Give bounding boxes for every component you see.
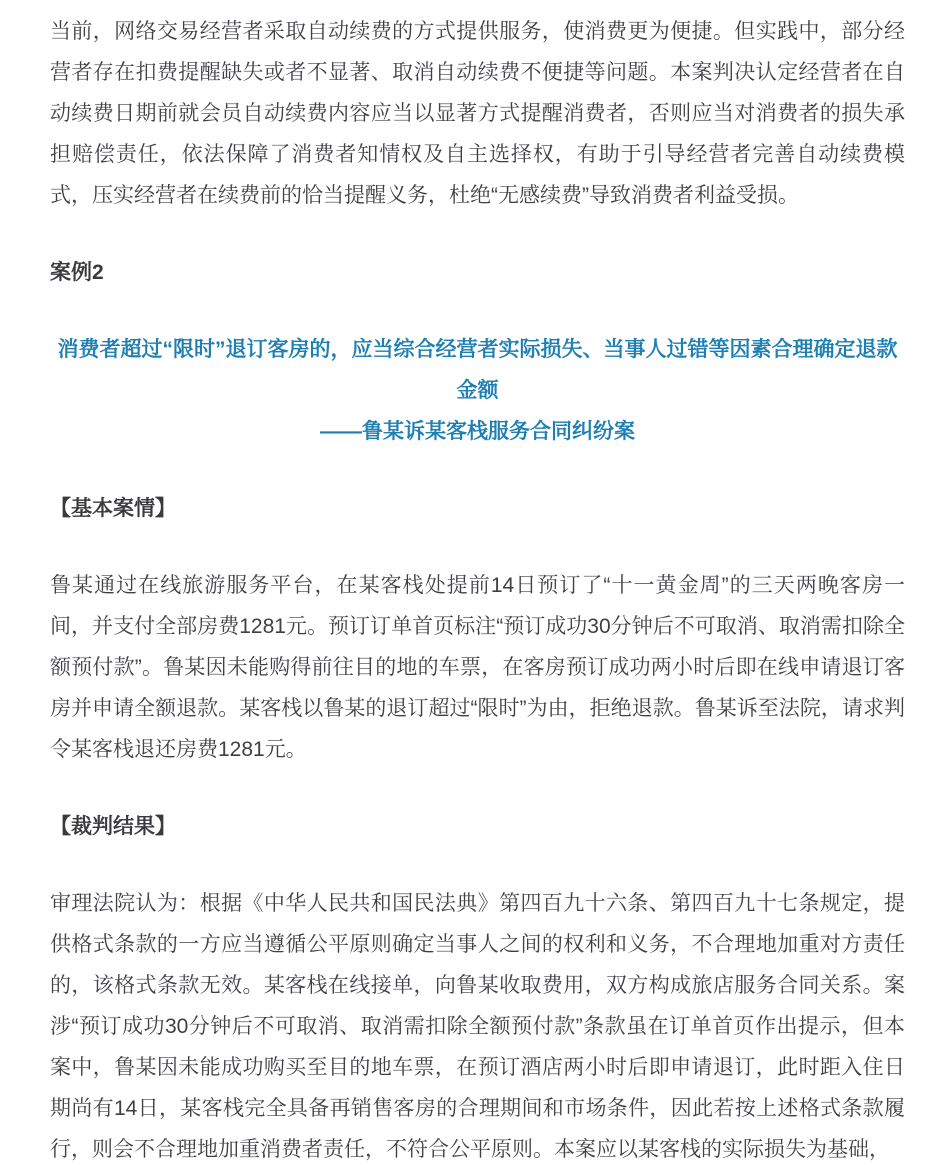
case-subtitle: ——鲁某诉某客栈服务合同纠纷案 — [50, 411, 905, 452]
case-number-heading: 案例2 — [50, 252, 905, 293]
intro-paragraph: 当前，网络交易经营者采取自动续费的方式提供服务，使消费更为便捷。但实践中，部分经… — [50, 11, 905, 216]
section-heading-basic-facts: 【基本案情】 — [50, 488, 905, 529]
case-title-block: 消费者超过“限时”退订客房的，应当综合经营者实际损失、当事人过错等因素合理确定退… — [50, 329, 905, 452]
section-heading-judgment-result: 【裁判结果】 — [50, 806, 905, 847]
case-title: 消费者超过“限时”退订客房的，应当综合经营者实际损失、当事人过错等因素合理确定退… — [50, 329, 905, 411]
legal-case-document: 当前，网络交易经营者采取自动续费的方式提供服务，使消费更为便捷。但实践中，部分经… — [0, 0, 937, 1170]
basic-facts-paragraph: 鲁某通过在线旅游服务平台，在某客栈处提前14日预订了“十一黄金周”的三天两晚客房… — [50, 565, 905, 770]
judgment-result-paragraph: 审理法院认为：根据《中华人民共和国民法典》第四百九十六条、第四百九十七条规定，提… — [50, 883, 905, 1170]
